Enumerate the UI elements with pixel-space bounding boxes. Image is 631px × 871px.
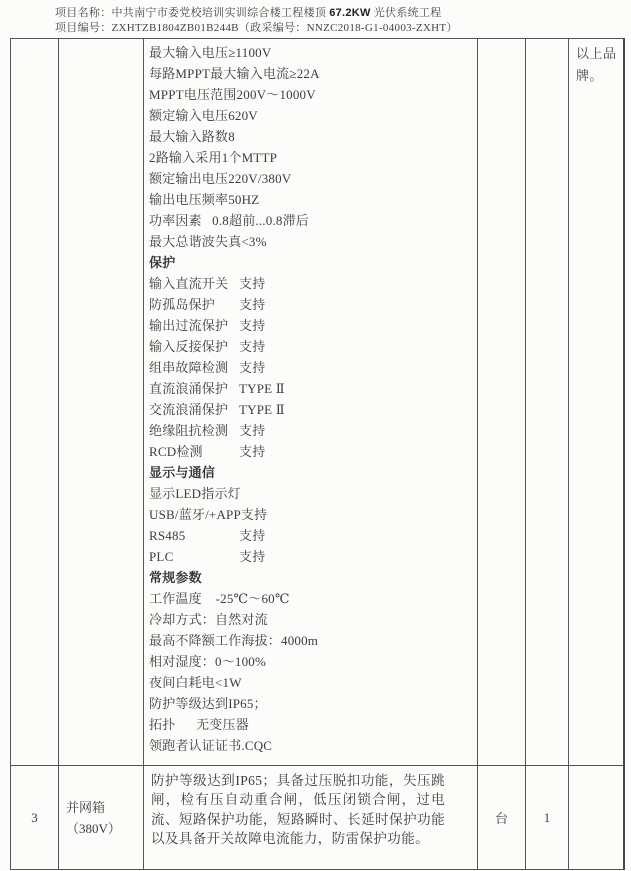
spec-line-label: 额定输出电压220V/380V <box>149 168 291 189</box>
spec-line: 交流浪涌保护TYPE Ⅱ <box>149 399 473 420</box>
document-header: 项目名称：中共南宁市委党校培训实训综合楼工程楼顶67.2KW光伏系统工程 项目编… <box>55 6 458 36</box>
spec-line-label: 输出过流保护 <box>149 315 239 336</box>
spec-line-label: 交流浪涌保护 <box>149 399 239 420</box>
spec-line: 工作温度 -25℃～60℃ <box>149 588 473 609</box>
spec-line-value: 支持 <box>239 339 265 354</box>
spec-line-value: 支持 <box>239 423 265 438</box>
spec-line-label: 最大输入路数8 <box>149 126 239 147</box>
spec-line-label: 领跑者认证证书.CQC <box>149 735 272 756</box>
item-name-line: （380V） <box>66 818 143 839</box>
spec-line: 额定输出电压220V/380V <box>149 168 473 189</box>
project-name-line: 项目名称：中共南宁市委党校培训实训综合楼工程楼顶67.2KW光伏系统工程 <box>55 6 458 21</box>
spec-line: 输出过流保护支持 <box>149 315 473 336</box>
spec-line: 额定输入电压620V <box>149 105 473 126</box>
project-number-label: 项目编号： <box>55 22 112 34</box>
spec-line-value: 支持 <box>239 297 265 312</box>
spec-line-label: RCD检测 <box>149 441 239 462</box>
spec-line: 最大总谐波失真<3% <box>149 231 473 252</box>
spec-line: 2路输入采用1个MTTP <box>149 147 473 168</box>
spec-line: 最高不降额工作海拔：4000m <box>149 630 473 651</box>
spec-line: 防孤岛保护支持 <box>149 294 473 315</box>
spec-line: RS485支持 <box>149 525 473 546</box>
project-number-value: ZXHTZB1804ZB01B244B（政采编号：NNZC2018-G1-040… <box>112 22 458 34</box>
spec-line-label: 输出电压频率50HZ <box>149 189 259 210</box>
remark-cell: 以上品牌。 <box>569 39 624 766</box>
spec-line-label: 2路输入采用1个MTTP <box>149 147 277 168</box>
item-name-cell <box>59 39 144 766</box>
spec-line-label: 最高不降额工作海拔：4000m <box>149 630 318 651</box>
project-name-suffix: 光伏系统工程 <box>374 7 442 19</box>
spec-line-value: 支持 <box>239 360 265 375</box>
spec-line: 组串故障检测支持 <box>149 357 473 378</box>
row-number-cell <box>11 39 59 766</box>
spec-line-label: 最大总谐波失真<3% <box>149 231 267 252</box>
spec-line: 输入直流开关支持 <box>149 273 473 294</box>
spec-line-label: 每路MPPT最大输入电流≥22A <box>149 63 320 84</box>
unit-cell <box>478 39 526 766</box>
table-row-item-3: 3 并网箱 （380V） 防护等级达到IP65；具备过压脱扣功能，失压跳闸，检有… <box>11 766 624 870</box>
spec-line: 拓扑 无变压器 <box>149 714 473 735</box>
quantity-cell <box>526 39 569 766</box>
spec-line: 绝缘阻抗检测支持 <box>149 420 473 441</box>
unit-cell: 台 <box>478 766 526 870</box>
spec-line: 每路MPPT最大输入电流≥22A <box>149 63 473 84</box>
table-row-continuation: 最大输入电压≥1100V 每路MPPT最大输入电流≥22A MPPT电压范围20… <box>11 39 624 766</box>
project-power-rating: 67.2KW <box>329 7 371 19</box>
spec-line-label: 工作温度 -25℃～60℃ <box>149 588 290 609</box>
spec-line: 输入反接保护支持 <box>149 336 473 357</box>
spec-line-label: 保护 <box>149 252 239 273</box>
spec-line-label: USB/蓝牙/+APP <box>149 504 241 525</box>
spec-line: 功率因素 0.8超前...0.8滞后 <box>149 210 473 231</box>
spec-line: 保护 <box>149 252 473 273</box>
spec-line: 输出电压频率50HZ <box>149 189 473 210</box>
spec-line: 显示LED指示灯 <box>149 483 473 504</box>
item-name-line: 并网箱 <box>66 797 143 818</box>
spec-line-label: 显示与通信 <box>149 462 239 483</box>
spec-line: 冷却方式：自然对流 <box>149 609 473 630</box>
spec-line: 夜间白耗电<1W <box>149 672 473 693</box>
project-name-text: 中共南宁市委党校培训实训综合楼工程楼顶 <box>112 7 327 19</box>
spec-line-label: 拓扑 无变压器 <box>149 714 249 735</box>
spec-line-value: TYPE Ⅱ <box>239 381 285 396</box>
spec-line-label: 最大输入电压≥1100V <box>149 42 271 63</box>
spec-line-label: 直流浪涌保护 <box>149 378 239 399</box>
row-number-cell: 3 <box>11 766 59 870</box>
item-description-cell: 防护等级达到IP65；具备过压脱扣功能，失压跳闸，检有压自动重合闸，低压闭锁合闸… <box>144 766 478 870</box>
spec-line-label: RS485 <box>149 525 239 546</box>
spec-cell: 最大输入电压≥1100V 每路MPPT最大输入电流≥22A MPPT电压范围20… <box>144 39 478 766</box>
project-name-label: 项目名称： <box>55 7 112 19</box>
spec-line-value: 支持 <box>241 507 267 522</box>
spec-line-value: 支持 <box>239 318 265 333</box>
spec-line-label: 防孤岛保护 <box>149 294 239 315</box>
spec-line: 领跑者认证证书.CQC <box>149 735 473 756</box>
spec-line: 直流浪涌保护TYPE Ⅱ <box>149 378 473 399</box>
spec-line: 常规参数 <box>149 567 473 588</box>
spec-line-label: 夜间白耗电<1W <box>149 672 242 693</box>
spec-line-label: 绝缘阻抗检测 <box>149 420 239 441</box>
spec-line-label: 输入直流开关 <box>149 273 239 294</box>
spec-line-label: 额定输入电压620V <box>149 105 258 126</box>
spec-line: 最大输入路数8 <box>149 126 473 147</box>
spec-line-label: 显示LED指示灯 <box>149 483 241 504</box>
spec-line: 防护等级达到IP65； <box>149 693 473 714</box>
spec-table: 最大输入电压≥1100V 每路MPPT最大输入电流≥22A MPPT电压范围20… <box>10 38 625 870</box>
spec-line: 最大输入电压≥1100V <box>149 42 473 63</box>
spec-line-label: 冷却方式：自然对流 <box>149 609 268 630</box>
quantity-cell: 1 <box>526 766 569 870</box>
spec-line-value: 支持 <box>239 549 265 564</box>
spec-line-label: MPPT电压范围200V～1000V <box>149 84 316 105</box>
spec-line-label: 防护等级达到IP65； <box>149 693 267 714</box>
spec-line-value: 支持 <box>239 444 265 459</box>
spec-line: PLC支持 <box>149 546 473 567</box>
project-number-line: 项目编号：ZXHTZB1804ZB01B244B（政采编号：NNZC2018-G… <box>55 21 458 36</box>
spec-line-label: PLC <box>149 546 239 567</box>
spec-line-value: TYPE Ⅱ <box>239 402 285 417</box>
document-page: 项目名称：中共南宁市委党校培训实训综合楼工程楼顶67.2KW光伏系统工程 项目编… <box>0 0 631 871</box>
spec-line-value: 支持 <box>239 528 265 543</box>
spec-line: 显示与通信 <box>149 462 473 483</box>
spec-line-label: 组串故障检测 <box>149 357 239 378</box>
spec-line-value: 支持 <box>239 276 265 291</box>
item-name-cell: 并网箱 （380V） <box>59 766 144 870</box>
spec-line: USB/蓝牙/+APP支持 <box>149 504 473 525</box>
spec-line-label: 常规参数 <box>149 567 239 588</box>
spec-line: 相对湿度：0～100% <box>149 651 473 672</box>
spec-line-label: 功率因素 0.8超前...0.8滞后 <box>149 210 309 231</box>
spec-line-label: 输入反接保护 <box>149 336 239 357</box>
spec-line: MPPT电压范围200V～1000V <box>149 84 473 105</box>
remark-cell <box>569 766 624 870</box>
spec-line-label: 相对湿度：0～100% <box>149 651 266 672</box>
spec-line: RCD检测支持 <box>149 441 473 462</box>
